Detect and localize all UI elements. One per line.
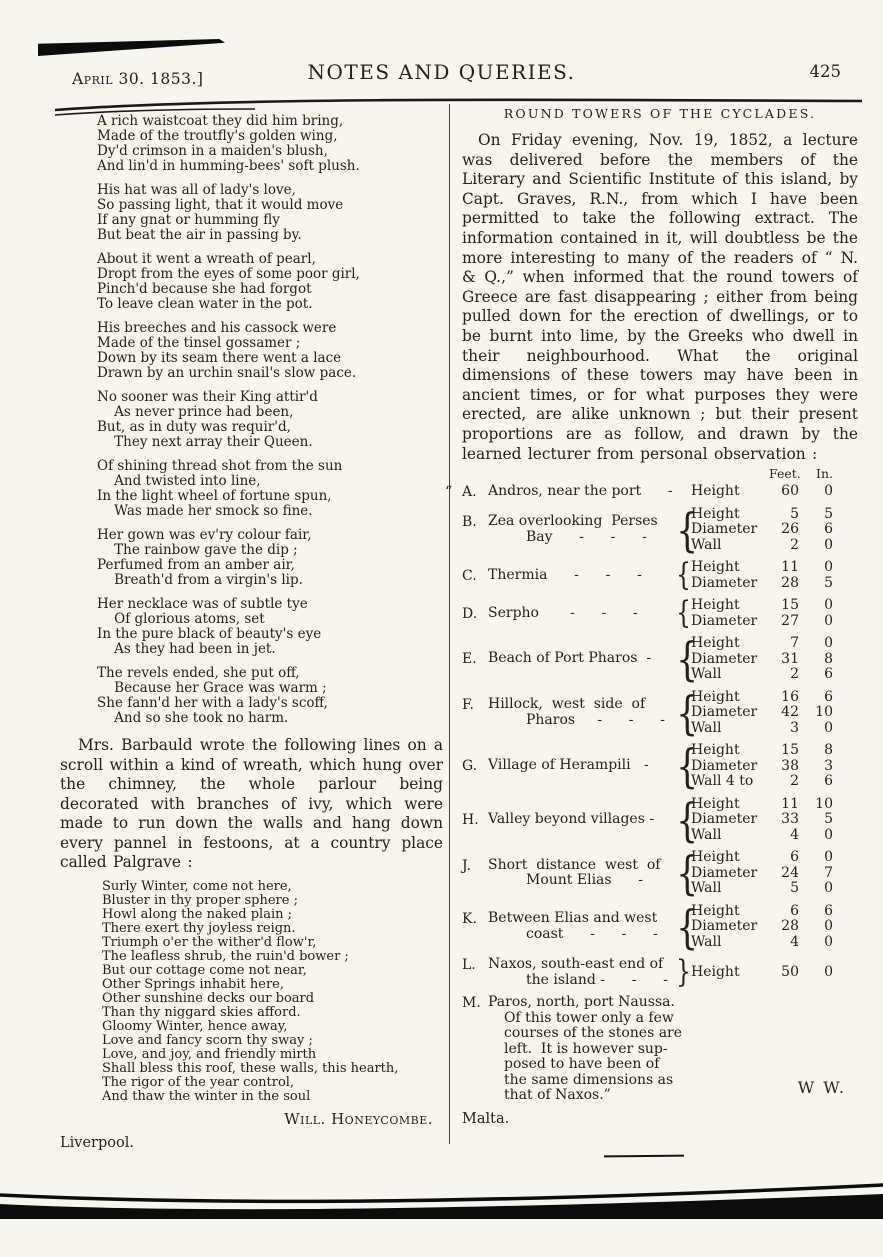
table-row: “A.Andros, near the port -Height600 (462, 484, 858, 500)
location-liverpool: Liverpool. (60, 1135, 443, 1151)
measure-inches: 5 (799, 576, 833, 592)
measure-name: Diameter (691, 919, 769, 935)
poem-line: And twisted into line, (97, 474, 443, 489)
measures-block: Height158Diameter383Wall 4 to26 (691, 743, 833, 790)
poem-line: In the pure black of beauty's eye (97, 627, 443, 642)
measure-inches: 0 (799, 636, 833, 652)
brace-glyph: { (676, 507, 689, 553)
location-lines: Short distance west ofMount Elias - (488, 858, 674, 889)
note-line: posed to have been of (488, 1057, 858, 1073)
measure-line: Diameter280 (691, 919, 833, 935)
location-line: the island - - - (488, 973, 674, 989)
row-letter: H. (462, 812, 488, 828)
poem-stanza: The revels ended, she put off, Because h… (97, 666, 443, 726)
measure-inches: 5 (799, 507, 833, 523)
measure-line: Wall20 (691, 538, 833, 554)
measure-feet: 42 (769, 705, 799, 721)
row-letter: A. (462, 484, 488, 500)
measure-name: Height (691, 850, 769, 866)
poem-line: Down by its seam there went a lace (97, 351, 443, 366)
measure-feet: 11 (769, 797, 799, 813)
measure-name: Diameter (691, 576, 769, 592)
poem-line: Than thy niggard skies afford. (102, 1006, 443, 1020)
article-paragraph: On Friday evening, Nov. 19, 1852, a lect… (462, 131, 858, 464)
row-location: G.Village of Herampili - (462, 758, 674, 774)
poem-line: Other Springs inhabit here, (102, 978, 443, 992)
measurements-table: Feet. In. “A.Andros, near the port -Heig… (462, 466, 858, 1104)
measure-line: Diameter4210 (691, 705, 833, 721)
measure-line: Height60 (691, 850, 833, 866)
measure-line: Height1110 (691, 797, 833, 813)
measure-feet: 26 (769, 522, 799, 538)
poem-line: Surly Winter, come not here, (102, 880, 443, 894)
row-letter: L. (462, 957, 488, 988)
location-line: Thermia - - - (488, 568, 674, 584)
measure-name: Height (691, 598, 769, 614)
row-letter: C. (462, 568, 488, 584)
poem-line: As they had been in jet. (97, 642, 443, 657)
measure-inches: 0 (799, 935, 833, 951)
measure-name: Wall (691, 828, 769, 844)
brace-glyph: { (676, 636, 689, 682)
poem-line: A rich waistcoat they did him bring, (97, 114, 443, 129)
location-line: Village of Herampili - (488, 758, 674, 774)
measure-inches: 0 (799, 598, 833, 614)
measure-line: Height55 (691, 507, 833, 523)
poem-line: His breeches and his cassock were (97, 321, 443, 336)
measure-line: Wall30 (691, 721, 833, 737)
measure-feet: 7 (769, 636, 799, 652)
poem-line: His hat was all of lady's love, (97, 183, 443, 198)
note-line: left. It is however sup- (488, 1042, 858, 1058)
measure-feet: 11 (769, 560, 799, 576)
poem-line: The rigor of the year control, (102, 1076, 443, 1090)
location-line: Short distance west of (488, 858, 674, 874)
measure-feet: 2 (769, 538, 799, 554)
measure-name: Wall 4 to (691, 774, 769, 790)
location-lines: Valley beyond villages - (488, 812, 674, 828)
row-location: H.Valley beyond villages - (462, 812, 674, 828)
location-line: Mount Elias - (488, 873, 674, 889)
measure-inches: 10 (799, 705, 833, 721)
row-location: K.Between Elias and westcoast - - - (462, 911, 674, 942)
poem-line: But, as in duty was requir'd, (97, 420, 443, 435)
measures-block: Height110Diameter285 (691, 560, 833, 591)
measure-name: Wall (691, 538, 769, 554)
poem-stanza: About it went a wreath of pearl,Dropt fr… (97, 252, 443, 312)
measure-inches: 7 (799, 866, 833, 882)
poem-stanza: No sooner was their King attir'd As neve… (97, 390, 443, 450)
location-line: Between Elias and west (488, 911, 674, 927)
right-column: ROUND TOWERS OF THE CYCLADES. On Friday … (462, 106, 858, 1157)
location-lines: Beach of Port Pharos - (488, 651, 674, 667)
poem-line: Because her Grace was warm ; (97, 681, 443, 696)
scan-artifact-top-bar (38, 39, 225, 56)
measure-inches: 6 (799, 774, 833, 790)
measure-line: Diameter266 (691, 522, 833, 538)
poem-line: Triumph o'er the wither'd flow'r, (102, 936, 443, 950)
brace-glyph: { (676, 690, 689, 736)
measure-name: Height (691, 743, 769, 759)
location-line: Valley beyond villages - (488, 812, 674, 828)
measure-feet: 4 (769, 935, 799, 951)
measures-block: Height500 (691, 965, 833, 981)
row-letter: D. (462, 606, 488, 622)
row-letter: B. (462, 514, 488, 545)
poem-line: Other sunshine decks our board (102, 992, 443, 1006)
measure-line: Diameter383 (691, 759, 833, 775)
measure-feet: 60 (769, 484, 799, 500)
poem-stanza: A rich waistcoat they did him bring,Made… (97, 114, 443, 174)
poem-line: If any gnat or humming fly (97, 213, 443, 228)
measure-inches: 6 (799, 522, 833, 538)
poem-line: Dy'd crimson in a maiden's blush, (97, 144, 443, 159)
measure-line: Height70 (691, 636, 833, 652)
measure-inches: 0 (799, 538, 833, 554)
poem-line: Dropt from the eyes of some poor girl, (97, 267, 443, 282)
note-letter: M. (462, 995, 488, 1104)
measure-feet: 6 (769, 850, 799, 866)
measure-feet: 27 (769, 614, 799, 630)
measure-name: Diameter (691, 705, 769, 721)
poem-line: She fann'd her with a lady's scoff, (97, 696, 443, 711)
measure-inches: 10 (799, 797, 833, 813)
poem-stanza: Of shining thread shot from the sun And … (97, 459, 443, 519)
measure-name: Height (691, 484, 769, 500)
table-row: E.Beach of Port Pharos -{Height70Diamete… (462, 636, 858, 683)
measure-inches: 0 (799, 965, 833, 981)
measure-line: Height166 (691, 690, 833, 706)
measure-inches: 0 (799, 850, 833, 866)
row-location: C.Thermia - - - (462, 568, 674, 584)
poem-line: There exert thy joyless reign. (102, 922, 443, 936)
measure-feet: 28 (769, 919, 799, 935)
measure-line: Wall 4 to26 (691, 774, 833, 790)
poem-stanza: Her gown was ev'ry colour fair, The rain… (97, 528, 443, 588)
measure-inches: 8 (799, 652, 833, 668)
row-location: F.Hillock, west side ofPharos - - - (462, 697, 674, 728)
table-row: G.Village of Herampili -{Height158Diamet… (462, 743, 858, 790)
measure-line: Height110 (691, 560, 833, 576)
location-lines: Naxos, south-east end ofthe island - - - (488, 957, 674, 988)
poem-line: Howl along the naked plain ; (102, 908, 443, 922)
table-row: F.Hillock, west side ofPharos - - -{Heig… (462, 690, 858, 737)
measure-line: Height600 (691, 484, 833, 500)
measure-feet: 15 (769, 743, 799, 759)
measure-inches: 6 (799, 904, 833, 920)
brace-glyph: { (676, 743, 689, 789)
measure-line: Diameter247 (691, 866, 833, 882)
measure-name: Height (691, 690, 769, 706)
poem-line: To leave clean water in the pot. (97, 297, 443, 312)
measure-line: Diameter318 (691, 652, 833, 668)
measure-name: Wall (691, 935, 769, 951)
poem-line: As never prince had been, (97, 405, 443, 420)
note-line: Paros, north, port Naussa. (488, 995, 858, 1011)
measure-name: Height (691, 636, 769, 652)
poem-line: Shall bless this roof, these walls, this… (102, 1062, 443, 1076)
measure-inches: 6 (799, 667, 833, 683)
poem-line: Made of the troutfly's golden wing, (97, 129, 443, 144)
measure-inches: 0 (799, 484, 833, 500)
poem-line: So passing light, that it would move (97, 198, 443, 213)
measure-inches: 0 (799, 560, 833, 576)
units-feet-label: Feet. (769, 466, 799, 482)
location-lines: Zea overlooking PersesBay - - - (488, 514, 674, 545)
location-lines: Hillock, west side ofPharos - - - (488, 697, 674, 728)
row-location: L.Naxos, south-east end ofthe island - -… (462, 957, 674, 988)
poem-line: But beat the air in passing by. (97, 228, 443, 243)
measure-inches: 5 (799, 812, 833, 828)
measure-name: Height (691, 560, 769, 576)
poem-line: Her gown was ev'ry colour fair, (97, 528, 443, 543)
brace-glyph: { (676, 598, 689, 629)
measure-name: Wall (691, 667, 769, 683)
measure-name: Height (691, 797, 769, 813)
measure-feet: 33 (769, 812, 799, 828)
measures-block: Height60Diameter247Wall50 (691, 850, 833, 897)
measure-inches: 0 (799, 721, 833, 737)
measure-feet: 50 (769, 965, 799, 981)
measure-feet: 16 (769, 690, 799, 706)
location-line: Zea overlooking Perses (488, 514, 674, 530)
row-letter: J. (462, 858, 488, 889)
measure-line: Wall26 (691, 667, 833, 683)
page-number: 425 (810, 62, 842, 81)
measure-line: Wall40 (691, 935, 833, 951)
poem-stanza: His hat was all of lady's love,So passin… (97, 183, 443, 243)
poem-line: And so she took no harm. (97, 711, 443, 726)
row-location: D.Serpho - - - (462, 606, 674, 622)
table-row: K.Between Elias and westcoast - - -{Heig… (462, 904, 858, 951)
measure-line: Diameter270 (691, 614, 833, 630)
measure-feet: 15 (769, 598, 799, 614)
column-divider (449, 104, 450, 1144)
measures-block: Height600 (691, 484, 833, 500)
poem-line: Bluster in thy proper sphere ; (102, 894, 443, 908)
measure-line: Wall40 (691, 828, 833, 844)
row-letter: F. (462, 697, 488, 728)
location-line: Andros, near the port - (488, 484, 674, 500)
measure-line: Height66 (691, 904, 833, 920)
location-line: Serpho - - - (488, 606, 674, 622)
article-end-rule (604, 1154, 684, 1157)
measure-feet: 28 (769, 576, 799, 592)
palgrave-poem: Surly Winter, come not here,Bluster in t… (102, 880, 443, 1104)
table-row: D.Serpho - - -{Height150Diameter270 (462, 598, 858, 629)
location-lines: Village of Herampili - (488, 758, 674, 774)
poem-line: But our cottage come not near, (102, 964, 443, 978)
table-row: H.Valley beyond villages -{Height1110Dia… (462, 797, 858, 844)
measure-name: Diameter (691, 522, 769, 538)
measure-name: Diameter (691, 652, 769, 668)
row-letter: K. (462, 911, 488, 942)
poem-line: Love and fancy scorn thy sway ; (102, 1034, 443, 1048)
poem-line: In the light wheel of fortune spun, (97, 489, 443, 504)
note-line: Of this tower only a few (488, 1011, 858, 1027)
poem-line: Perfumed from an amber air, (97, 558, 443, 573)
measure-feet: 3 (769, 721, 799, 737)
brace-glyph: { (676, 560, 689, 591)
location-line: Bay - - - (488, 530, 674, 546)
measure-line: Height150 (691, 598, 833, 614)
brace-glyph: { (676, 904, 689, 950)
measure-feet: 5 (769, 881, 799, 897)
measures-block: Height70Diameter318Wall26 (691, 636, 833, 683)
measure-feet: 31 (769, 652, 799, 668)
left-column: A rich waistcoat they did him bring,Made… (60, 114, 443, 1151)
article-heading: ROUND TOWERS OF THE CYCLADES. (462, 106, 858, 121)
location-line: Beach of Port Pharos - (488, 651, 674, 667)
location-malta: Malta. (462, 1111, 858, 1127)
brace-glyph: { (676, 850, 689, 896)
measures-block: Height166Diameter4210Wall30 (691, 690, 833, 737)
measure-inches: 8 (799, 743, 833, 759)
page-title: NOTES AND QUERIES. (0, 60, 883, 84)
row-letter: E. (462, 651, 488, 667)
units-header: Feet. In. (462, 466, 858, 482)
location-lines: Andros, near the port - (488, 484, 674, 500)
measure-line: Diameter285 (691, 576, 833, 592)
measure-feet: 24 (769, 866, 799, 882)
measure-name: Wall (691, 721, 769, 737)
measure-feet: 2 (769, 774, 799, 790)
location-line: Naxos, south-east end of (488, 957, 674, 973)
table-row: J.Short distance west ofMount Elias -{He… (462, 850, 858, 897)
poem-line: Was made her smock so fine. (97, 504, 443, 519)
row-letter: G. (462, 758, 488, 774)
row-location: J.Short distance west ofMount Elias - (462, 858, 674, 889)
measure-name: Wall (691, 881, 769, 897)
row-location: “A.Andros, near the port - (462, 484, 674, 500)
poem-line: Pinch'd because she had forgot (97, 282, 443, 297)
measure-feet: 2 (769, 667, 799, 683)
poem-line: About it went a wreath of pearl, (97, 252, 443, 267)
poem-line: Her necklace was of subtle tye (97, 597, 443, 612)
poem-line: And thaw the winter in the soul (102, 1090, 443, 1104)
measure-name: Diameter (691, 759, 769, 775)
table-row: B.Zea overlooking PersesBay - - -{Height… (462, 507, 858, 554)
measure-name: Height (691, 507, 769, 523)
measure-feet: 38 (769, 759, 799, 775)
table-row: C.Thermia - - -{Height110Diameter285 (462, 560, 858, 591)
table-row: L.Naxos, south-east end ofthe island - -… (462, 957, 858, 988)
signature-honeycombe: Will. Honeycombe. (60, 1110, 433, 1128)
units-inches-label: In. (799, 466, 833, 482)
measures-block: Height66Diameter280Wall40 (691, 904, 833, 951)
scan-artifact-bottom-bar (0, 1183, 883, 1233)
poem-line: The revels ended, she put off, (97, 666, 443, 681)
measure-line: Diameter335 (691, 812, 833, 828)
measures-block: Height55Diameter266Wall20 (691, 507, 833, 554)
poem-line: Breath'd from a virgin's lip. (97, 573, 443, 588)
location-lines: Serpho - - - (488, 606, 674, 622)
location-line: coast - - - (488, 927, 674, 943)
poem-line: Gloomy Winter, hence away, (102, 1020, 443, 1034)
location-lines: Thermia - - - (488, 568, 674, 584)
measure-name: Height (691, 904, 769, 920)
poem-line: Of shining thread shot from the sun (97, 459, 443, 474)
poem-line: The leafless shrub, the ruin'd bower ; (102, 950, 443, 964)
poem-stanza: Her necklace was of subtle tye Of glorio… (97, 597, 443, 657)
measures-block: Height1110Diameter335Wall40 (691, 797, 833, 844)
measure-inches: 0 (799, 828, 833, 844)
barbauld-paragraph: Mrs. Barbauld wrote the following lines … (60, 736, 443, 873)
quote-mark: “ (445, 484, 452, 500)
measure-inches: 6 (799, 690, 833, 706)
measure-feet: 5 (769, 507, 799, 523)
note-line: courses of the stones are (488, 1026, 858, 1042)
measure-name: Height (691, 965, 769, 981)
poem-line: The rainbow gave the dip ; (97, 543, 443, 558)
measure-inches: 3 (799, 759, 833, 775)
measure-inches: 0 (799, 614, 833, 630)
measure-line: Height158 (691, 743, 833, 759)
measure-feet: 6 (769, 904, 799, 920)
brace-glyph: { (676, 797, 689, 843)
measure-name: Diameter (691, 812, 769, 828)
brace-glyph: } (676, 957, 689, 988)
poem-line: Love, and joy, and friendly mirth (102, 1048, 443, 1062)
scanned-page: April 30. 1853.] NOTES AND QUERIES. 425 … (0, 0, 883, 1257)
poem-line: And lin'd in humming-bees' soft plush. (97, 159, 443, 174)
row-location: B.Zea overlooking PersesBay - - - (462, 514, 674, 545)
poem-line: They next array their Queen. (97, 435, 443, 450)
poem-line: Drawn by an urchin snail's slow pace. (97, 366, 443, 381)
measures-block: Height150Diameter270 (691, 598, 833, 629)
poem-line: Of glorious atoms, set (97, 612, 443, 627)
measure-feet: 4 (769, 828, 799, 844)
measure-name: Diameter (691, 614, 769, 630)
row-location: E.Beach of Port Pharos - (462, 651, 674, 667)
poem-stanza: His breeches and his cassock wereMade of… (97, 321, 443, 381)
location-lines: Between Elias and westcoast - - - (488, 911, 674, 942)
measure-inches: 0 (799, 881, 833, 897)
poem-stanzas: A rich waistcoat they did him bring,Made… (60, 114, 443, 726)
location-line: Hillock, west side of (488, 697, 674, 713)
location-line: Pharos - - - (488, 713, 674, 729)
poem-line: No sooner was their King attir'd (97, 390, 443, 405)
poem-line: Made of the tinsel gossamer ; (97, 336, 443, 351)
measure-line: Wall50 (691, 881, 833, 897)
measure-name: Diameter (691, 866, 769, 882)
measure-line: Height500 (691, 965, 833, 981)
measure-inches: 0 (799, 919, 833, 935)
